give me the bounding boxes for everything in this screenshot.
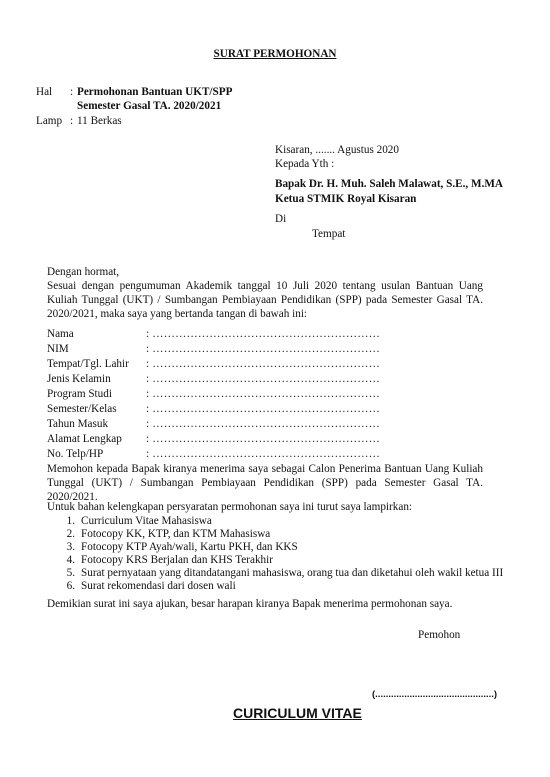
request-paragraph: Memohon kepada Bapak kiranya menerima sa… [47,462,483,504]
form-row: Tempat/Tgl. Lahir: …………………………………………………… [47,357,380,372]
form-field-blank: : …………………………………………………… [146,402,380,417]
form-field-label: NIM [47,342,146,357]
hal-value-line-1: Permohonan Bantuan UKT/SPP [77,85,232,99]
list-item: 5.Surat pernyataan yang ditandatangani m… [47,567,503,580]
form-field-blank: : …………………………………………………… [146,372,380,387]
form-row: Jenis Kelamin: …………………………………………………… [47,372,380,387]
lamp-value: 11 Berkas [77,114,122,128]
list-item-text: Fotocopy KTP Ayah/wali, Kartu PKH, dan K… [81,541,298,553]
list-item: 3.Fotocopy KTP Ayah/wali, Kartu PKH, dan… [47,541,503,554]
form-field-label: No. Telp/HP [47,447,146,462]
closing-paragraph: Demikian surat ini saya ajukan, besar ha… [47,597,483,611]
hal-separator: : [70,85,73,99]
hal-value-line-2: Semester Gasal TA. 2020/2021 [77,99,221,113]
list-item-number: 6. [59,580,75,593]
form-row: Program Studi: …………………………………………………… [47,387,380,402]
kepada-label: Kepada Yth : [275,157,334,171]
tempat-label: Tempat [312,227,345,241]
list-item-text: Fotocopy KK, KTP, dan KTM Mahasiswa [81,528,270,540]
document-title: SURAT PERMOHONAN [0,47,550,61]
list-item-number: 5. [59,567,75,580]
greeting: Dengan hormat, [47,265,483,279]
form-row: No. Telp/HP: …………………………………………………… [47,447,380,462]
attachments-list: 1.Curriculum Vitae Mahasiswa2.Fotocopy K… [47,515,503,593]
form-field-label: Nama [47,327,146,342]
list-item-text: Surat pernyataan yang ditandatangani mah… [81,567,503,579]
recipient-title: Ketua STMIK Royal Kisaran [275,192,416,206]
list-item-number: 4. [59,554,75,567]
form-field-blank: : …………………………………………………… [146,357,380,372]
form-row: NIM: …………………………………………………… [47,342,380,357]
form-field-label: Tempat/Tgl. Lahir [47,357,146,372]
list-item: 2.Fotocopy KK, KTP, dan KTM Mahasiswa [47,528,503,541]
applicant-form: Nama: ……………………………………………………NIM: ………………………… [47,327,380,462]
form-row: Semester/Kelas: …………………………………………………… [47,402,380,417]
form-row: Nama: …………………………………………………… [47,327,380,342]
form-field-blank: : …………………………………………………… [146,432,380,447]
list-item-number: 1. [59,515,75,528]
hal-label: Hal [36,85,52,99]
form-field-label: Jenis Kelamin [47,372,146,387]
curriculum-vitae-title: CURICULUM VITAE [233,706,362,720]
intro-paragraph: Sesuai dengan pengumuman Akademik tangga… [47,279,483,321]
place-date: Kisaran, ....... Agustus 2020 [275,143,399,157]
form-field-label: Semester/Kelas [47,402,146,417]
form-field-blank: : …………………………………………………… [146,447,380,462]
form-row: Tahun Masuk: …………………………………………………… [47,417,380,432]
attachments-intro: Untuk bahan kelengkapan persyaratan perm… [47,500,483,514]
form-field-blank: : …………………………………………………… [146,327,380,342]
list-item: 1.Curriculum Vitae Mahasiswa [47,515,503,528]
list-item: 4.Fotocopy KRS Berjalan dan KHS Terakhir [47,554,503,567]
signature-name-placeholder: (.......................................… [372,688,497,702]
form-field-blank: : …………………………………………………… [146,342,380,357]
list-item-text: Surat rekomendasi dari dosen wali [81,580,236,592]
form-row: Alamat Lengkap: …………………………………………………… [47,432,380,447]
lamp-label: Lamp [36,114,62,128]
list-item: 6.Surat rekomendasi dari dosen wali [47,580,503,593]
list-item-text: Curriculum Vitae Mahasiswa [81,515,212,527]
di-label: Di [275,212,286,226]
form-field-blank: : …………………………………………………… [146,387,380,402]
signature-label: Pemohon [418,628,460,642]
form-field-blank: : …………………………………………………… [146,417,380,432]
recipient-name: Bapak Dr. H. Muh. Saleh Malawat, S.E., M… [275,177,503,191]
list-item-number: 2. [59,528,75,541]
list-item-number: 3. [59,541,75,554]
form-field-label: Program Studi [47,387,146,402]
form-field-label: Tahun Masuk [47,417,146,432]
list-item-text: Fotocopy KRS Berjalan dan KHS Terakhir [81,554,273,566]
lamp-separator: : [70,114,73,128]
form-field-label: Alamat Lengkap [47,432,146,447]
